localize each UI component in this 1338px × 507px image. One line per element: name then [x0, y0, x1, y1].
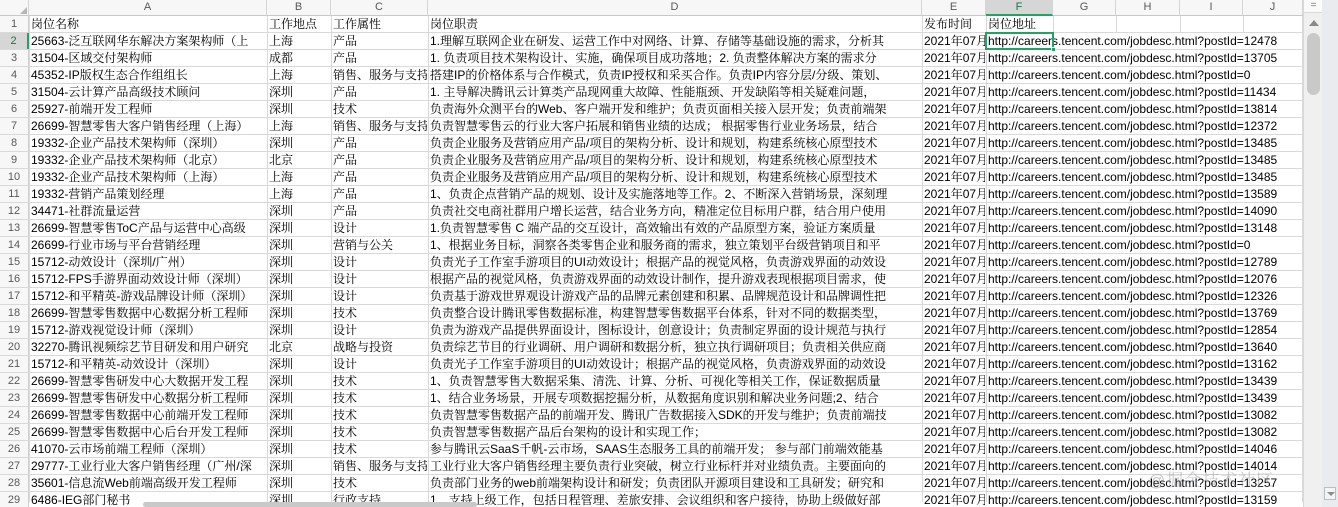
cell-D4[interactable]: 搭建IP的价格体系与合作模式，负责IP授权和采买合作。负责IP内容分层/分级、策… [430, 67, 921, 83]
triangle-down-icon [1327, 492, 1335, 496]
cell-C1[interactable]: 工作属性 [333, 16, 427, 32]
cell-A23[interactable]: 26699-智慧零售研发中心数据分析工程师 [31, 390, 266, 406]
cell-D11[interactable]: 1、负责企点营销产品的规划、设计及实施落地等工作。2、不断深入营销场景，深刻理 [430, 186, 921, 202]
cell-E27[interactable]: 2021年07月 [924, 458, 985, 474]
cell-E1[interactable]: 发布时间 [924, 16, 985, 32]
cell-A21[interactable]: 15712-和平精英-动效设计（深圳） [31, 356, 266, 372]
column-header-E[interactable]: E [922, 0, 986, 16]
cell-D21[interactable]: 负责光子工作室手游项目的UI动效设计；根据产品的视觉风格，负责游戏界面的动效设 [430, 356, 921, 372]
cell-D24[interactable]: 负责智慧零售数据产品的前端开发、腾讯广告数据接入SDK的开发与维护；负责前端技 [430, 407, 921, 423]
cell-C13[interactable]: 设计 [333, 220, 427, 236]
scroll-down-button[interactable] [1324, 487, 1336, 500]
cell-D25[interactable]: 负责智慧零售数据产品后台架构的设计和实现工作； [430, 424, 921, 440]
row-header-1[interactable]: 1 [0, 16, 29, 32]
table-row: 225663-泛互联网华东解决方案架构师（上上海产品1.理解互联网企业在研发、运… [0, 33, 1338, 50]
cell-D6[interactable]: 负责海外众测平台的Web、客户端开发和维护；负责页面相关接入层开发；负责前端架 [430, 101, 921, 117]
cell-E8[interactable]: 2021年07月 [924, 135, 985, 151]
table-row: 445352-IP版权生态合作组组长上海销售、服务与支持搭建IP的价格体系与合作… [0, 67, 1338, 84]
row-header-20[interactable]: 20 [0, 339, 29, 355]
cell-E20[interactable]: 2021年07月 [924, 339, 985, 355]
cell-E6[interactable]: 2021年07月 [924, 101, 985, 117]
cell-A7[interactable]: 26699-智慧零售大客户销售经理（上海） [31, 118, 266, 134]
cell-B20[interactable]: 北京 [269, 339, 330, 355]
column-header-H[interactable]: H [1116, 0, 1180, 16]
cell-D23[interactable]: 1、结合业务场景，开展专项数据挖掘分析，从数据角度识别和解决业务问题;2、结合 [430, 390, 921, 406]
cell-B24[interactable]: 深圳 [269, 407, 330, 423]
cell-E7[interactable]: 2021年07月 [924, 118, 985, 134]
table-row: 1915712-游戏视觉设计师（深圳）深圳设计负责为游戏产品提供界面设计，图标设… [0, 322, 1338, 339]
cell-B8[interactable]: 深圳 [269, 135, 330, 151]
cell-F14[interactable]: http://careers.tencent.com/jobdesc.html?… [987, 237, 1251, 253]
cell-F10[interactable]: http://careers.tencent.com/jobdesc.html?… [987, 169, 1278, 185]
cell-B2[interactable]: 上海 [269, 33, 330, 49]
table-row: 2032270-腾讯视频综艺节目研发和用户研究北京战略与投资负责综艺节目的行业调… [0, 339, 1338, 356]
cell-D16[interactable]: 根据产品的视觉风格，负责游戏界面的动效设计制作，提升游戏表现根据项目需求，使 [430, 271, 921, 287]
cell-C11[interactable]: 产品 [333, 186, 427, 202]
cell-C28[interactable]: 技术 [333, 475, 427, 491]
cell-F17[interactable]: http://careers.tencent.com/jobdesc.html?… [987, 288, 1278, 304]
cell-B18[interactable]: 深圳 [269, 305, 330, 321]
cell-F5[interactable]: http://careers.tencent.com/jobdesc.html?… [987, 84, 1277, 100]
cell-C24[interactable]: 技术 [333, 407, 427, 423]
row-header-8[interactable]: 8 [0, 135, 29, 151]
cell-C18[interactable]: 技术 [333, 305, 427, 321]
cell-C21[interactable]: 设计 [333, 356, 427, 372]
cell-E25[interactable]: 2021年07月 [924, 424, 985, 440]
cell-F13[interactable]: http://careers.tencent.com/jobdesc.html?… [987, 220, 1278, 236]
row-header-11[interactable]: 11 [0, 186, 29, 202]
cell-A26[interactable]: 41070-云市场前端工程师（深圳） [31, 441, 266, 457]
cell-A2[interactable]: 25663-泛互联网华东解决方案架构师（上 [31, 33, 266, 49]
cell-C23[interactable]: 技术 [333, 390, 427, 406]
cell-B23[interactable]: 深圳 [269, 390, 330, 406]
cell-D19[interactable]: 负责为游戏产品提供界面设计，图标设计，创意设计；负责制定界面的设计规范与执行 [430, 322, 921, 338]
cell-C5[interactable]: 产品 [333, 84, 427, 100]
table-row: 2426699-智慧零售数据中心前端开发工程师深圳技术负责智慧零售数据产品的前端… [0, 407, 1338, 424]
row-header-10[interactable]: 10 [0, 169, 29, 185]
cell-E16[interactable]: 2021年07月 [924, 271, 985, 287]
cell-B5[interactable]: 深圳 [269, 84, 330, 100]
cell-F16[interactable]: http://careers.tencent.com/jobdesc.html?… [987, 271, 1278, 287]
cell-F1[interactable]: 岗位地址 [987, 16, 1037, 32]
active-cell-selection[interactable] [985, 32, 1054, 50]
cell-F12[interactable]: http://careers.tencent.com/jobdesc.html?… [987, 203, 1278, 219]
row-header-17[interactable]: 17 [0, 288, 29, 304]
cell-E15[interactable]: 2021年07月 [924, 254, 985, 270]
cell-D22[interactable]: 1、负责智慧零售大数据采集、清洗、计算、分析、可视化等相关工作，保证数据质量 [430, 373, 921, 389]
row-header-15[interactable]: 15 [0, 254, 29, 270]
table-row: 1119332-营销产品策划经理上海产品1、负责企点营销产品的规划、设计及实施落… [0, 186, 1338, 203]
cell-D7[interactable]: 负责智慧零售云的行业大客户拓展和销售业绩的达成； 根据零售行业业务场景，结合 [430, 118, 921, 134]
row-header-16[interactable]: 16 [0, 271, 29, 287]
table-row: 531504-云计算产品高级技术顾问深圳产品1. 主导解决腾讯云计算类产品现网重… [0, 84, 1338, 101]
cell-F22[interactable]: http://careers.tencent.com/jobdesc.html?… [987, 373, 1278, 389]
cell-D10[interactable]: 负责企业服务及营销应用产品/项目的架构分析、设计和规划，构建系统核心原型技术 [430, 169, 921, 185]
vertical-scrollbar-thumb[interactable] [1307, 33, 1320, 95]
cell-F19[interactable]: http://careers.tencent.com/jobdesc.html?… [987, 322, 1278, 338]
cell-B27[interactable]: 深圳 [269, 458, 330, 474]
cell-E19[interactable]: 2021年07月 [924, 322, 985, 338]
cell-A5[interactable]: 31504-云计算产品高级技术顾问 [31, 84, 266, 100]
row-header-21[interactable]: 21 [0, 356, 29, 372]
cell-F29[interactable]: http://careers.tencent.com/jobdesc.html?… [987, 492, 1278, 507]
column-header-G[interactable]: G [1053, 0, 1116, 16]
cell-B9[interactable]: 北京 [269, 152, 330, 168]
column-header-row: ABCDEFGHIJ [0, 0, 1303, 16]
cell-C12[interactable]: 产品 [333, 203, 427, 219]
column-header-B[interactable]: B [267, 0, 331, 16]
cell-D15[interactable]: 负责光子工作室手游项目的UI动效设计；根据产品的视觉风格，负责游戏界面的动效设 [430, 254, 921, 270]
cell-B22[interactable]: 深圳 [269, 373, 330, 389]
row-header-13[interactable]: 13 [0, 220, 29, 236]
cell-B4[interactable]: 上海 [269, 67, 330, 83]
cell-A22[interactable]: 26699-智慧零售研发中心大数据开发工程 [31, 373, 266, 389]
cell-D17[interactable]: 负责基于游戏世界观设计游戏产品的品牌元素创建和积累、品牌规范设计和品牌调性把 [430, 288, 921, 304]
cell-B16[interactable]: 深圳 [269, 271, 330, 287]
table-row: 2835601-信息流Web前端高级开发工程师深圳技术负责部门业务的web前端架… [0, 475, 1338, 492]
row-header-14[interactable]: 14 [0, 237, 29, 253]
cell-E11[interactable]: 2021年07月 [924, 186, 985, 202]
split-handle[interactable]: = [1304, 0, 1323, 13]
scroll-up-icon[interactable] [1309, 20, 1319, 26]
cell-B11[interactable]: 上海 [269, 186, 330, 202]
cell-B14[interactable]: 深圳 [269, 237, 330, 253]
cell-A28[interactable]: 35601-信息流Web前端高级开发工程师 [31, 475, 266, 491]
cell-E13[interactable]: 2021年07月 [924, 220, 985, 236]
cell-C25[interactable]: 技术 [333, 424, 427, 440]
cell-D28[interactable]: 负责部门业务的web前端架构设计和研发；负责团队开源项目建设和工具研发；研究和 [430, 475, 921, 491]
cell-A20[interactable]: 32270-腾讯视频综艺节目研发和用户研究 [31, 339, 266, 355]
cell-C16[interactable]: 设计 [333, 271, 427, 287]
cell-C10[interactable]: 产品 [333, 169, 427, 185]
cell-A12[interactable]: 34471-社群流量运营 [31, 203, 266, 219]
right-edge-panel [1322, 0, 1338, 507]
cell-F6[interactable]: http://careers.tencent.com/jobdesc.html?… [987, 101, 1278, 117]
table-row: 625927-前端开发工程师深圳技术负责海外众测平台的Web、客户端开发和维护；… [0, 101, 1338, 118]
column-header-D[interactable]: D [428, 0, 922, 16]
cell-E22[interactable]: 2021年07月 [924, 373, 985, 389]
cell-A8[interactable]: 19332-企业产品技术架构师（深圳） [31, 135, 266, 151]
table-row: 919332-企业产品技术架构师（北京）北京产品负责企业服务及营销应用产品/项目… [0, 152, 1338, 169]
cell-F9[interactable]: http://careers.tencent.com/jobdesc.html?… [987, 152, 1278, 168]
cell-F4[interactable]: http://careers.tencent.com/jobdesc.html?… [987, 67, 1251, 83]
cell-E28[interactable]: 2021年07月 [924, 475, 985, 491]
cell-B12[interactable]: 深圳 [269, 203, 330, 219]
cell-F23[interactable]: http://careers.tencent.com/jobdesc.html?… [987, 390, 1278, 406]
row-header-26[interactable]: 26 [0, 441, 29, 457]
cell-C26[interactable]: 技术 [333, 441, 427, 457]
cell-E5[interactable]: 2021年07月 [924, 84, 985, 100]
cell-A9[interactable]: 19332-企业产品技术架构师（北京） [31, 152, 266, 168]
cell-C3[interactable]: 产品 [333, 50, 427, 66]
cell-C15[interactable]: 设计 [333, 254, 427, 270]
cell-B15[interactable]: 深圳 [269, 254, 330, 270]
cell-E14[interactable]: 2021年07月 [924, 237, 985, 253]
cell-D14[interactable]: 1、根据业务目标，洞察各类零售企业和服务商的需求，独立策划平台级营销项目和平 [430, 237, 921, 253]
table-row: 1426699-行业市场与平台营销经理深圳营销与公关1、根据业务目标，洞察各类零… [0, 237, 1338, 254]
cell-D3[interactable]: 1. 负责项目技术架构设计、实施，确保项目成功落地；2. 负责整体解决方案的需求… [430, 50, 921, 66]
cell-D5[interactable]: 1. 主导解决腾讯云计算类产品现网重大故障、性能瓶颈、开发缺陷等相关疑难问题， [430, 84, 921, 100]
row-header-23[interactable]: 23 [0, 390, 29, 406]
cell-E9[interactable]: 2021年07月 [924, 152, 985, 168]
select-all-triangle-icon [20, 7, 27, 14]
row-header-3[interactable]: 3 [0, 50, 29, 66]
row-header-7[interactable]: 7 [0, 118, 29, 134]
row-header-18[interactable]: 18 [0, 305, 29, 321]
cell-D27[interactable]: 工业行业大客户销售经理主要负责行业突破，树立行业标杆并对业绩负责。主要面向的 [430, 458, 921, 474]
watermark: @掘金技术社区 [1148, 466, 1274, 491]
cell-A1[interactable]: 岗位名称 [31, 16, 266, 32]
cell-A4[interactable]: 45352-IP版权生态合作组组长 [31, 67, 266, 83]
cell-C6[interactable]: 技术 [333, 101, 427, 117]
cell-A27[interactable]: 29777-工业行业大客户销售经理（广州/深 [31, 458, 266, 474]
column-header-F[interactable]: F [986, 0, 1053, 16]
cell-E12[interactable]: 2021年07月 [924, 203, 985, 219]
cell-B7[interactable]: 上海 [269, 118, 330, 134]
cell-F25[interactable]: http://careers.tencent.com/jobdesc.html?… [987, 424, 1278, 440]
table-row: 1615712-FPS手游界面动效设计师（深圳）深圳设计根据产品的视觉风格，负责… [0, 271, 1338, 288]
table-row: 1019332-企业产品技术架构师（上海）上海产品负责企业服务及营销应用产品/项… [0, 169, 1338, 186]
column-header-A[interactable]: A [29, 0, 267, 16]
cell-B6[interactable]: 深圳 [269, 101, 330, 117]
fill-handle[interactable] [1051, 47, 1056, 52]
cell-A24[interactable]: 26699-智慧零售数据中心前端开发工程师 [31, 407, 266, 423]
cell-E10[interactable]: 2021年07月 [924, 169, 985, 185]
table-row: 2526699-智慧零售数据中心后台开发工程师深圳技术负责智慧零售数据产品后台架… [0, 424, 1338, 441]
cell-A15[interactable]: 15712-动效设计（深圳/广州） [31, 254, 266, 270]
row-header-5[interactable]: 5 [0, 84, 29, 100]
cell-F11[interactable]: http://careers.tencent.com/jobdesc.html?… [987, 186, 1278, 202]
cell-E18[interactable]: 2021年07月 [924, 305, 985, 321]
cell-E3[interactable]: 2021年07月 [924, 50, 985, 66]
table-row: 2226699-智慧零售研发中心大数据开发工程深圳技术1、负责智慧零售大数据采集… [0, 373, 1338, 390]
column-header-I[interactable]: I [1180, 0, 1243, 16]
cell-D12[interactable]: 负责社交电商社群用户增长运营，结合业务方向，精准定位目标用户群，结合用户使用 [430, 203, 921, 219]
cell-A14[interactable]: 26699-行业市场与平台营销经理 [31, 237, 266, 253]
cell-C27[interactable]: 销售、服务与支持 [333, 458, 427, 474]
cell-D18[interactable]: 负责整合设计腾讯零售数据标准，构建智慧零售数据平台体系，针对不同的数据类型， [430, 305, 921, 321]
select-all-corner[interactable] [0, 0, 29, 16]
cell-F7[interactable]: http://careers.tencent.com/jobdesc.html?… [987, 118, 1278, 134]
cell-B17[interactable]: 深圳 [269, 288, 330, 304]
table-row: 1715712-和平精英-游戏品牌设计师（深圳）深圳设计负责基于游戏世界观设计游… [0, 288, 1338, 305]
cell-E29[interactable]: 2021年07月 [924, 492, 985, 507]
vertical-scrollbar[interactable]: = [1303, 0, 1322, 507]
cell-C8[interactable]: 产品 [333, 135, 427, 151]
cell-F26[interactable]: http://careers.tencent.com/jobdesc.html?… [987, 441, 1278, 457]
cell-F15[interactable]: http://careers.tencent.com/jobdesc.html?… [987, 254, 1278, 270]
cell-B28[interactable]: 深圳 [269, 475, 330, 491]
cell-E2[interactable]: 2021年07月 [924, 33, 985, 49]
spreadsheet: ABCDEFGHIJ 1岗位名称工作地点工作属性岗位职责发布时间岗位地址2256… [0, 0, 1338, 507]
table-row: 1326699-智慧零售ToC产品与运营中心高级深圳设计1.负责智慧零售 C 端… [0, 220, 1338, 237]
cell-B19[interactable]: 深圳 [269, 322, 330, 338]
cell-C20[interactable]: 战略与投资 [333, 339, 427, 355]
cell-D20[interactable]: 负责综艺节目的行业调研、用户调研和数据分析，独立执行调研项目；负责相关供应商 [430, 339, 921, 355]
cell-D9[interactable]: 负责企业服务及营销应用产品/项目的架构分析、设计和规划，构建系统核心原型技术 [430, 152, 921, 168]
cell-F21[interactable]: http://careers.tencent.com/jobdesc.html?… [987, 356, 1278, 372]
cell-B21[interactable]: 深圳 [269, 356, 330, 372]
cell-B13[interactable]: 深圳 [269, 220, 330, 236]
cell-B3[interactable]: 成都 [269, 50, 330, 66]
cell-B10[interactable]: 上海 [269, 169, 330, 185]
column-header-J[interactable]: J [1243, 0, 1303, 16]
cell-D26[interactable]: 参与腾讯云SaaS千帆-云市场，SAAS生态服务工具的前端开发； 参与部门前端效… [430, 441, 921, 457]
cell-A25[interactable]: 26699-智慧零售数据中心后台开发工程师 [31, 424, 266, 440]
row-header-9[interactable]: 9 [0, 152, 29, 168]
cell-B26[interactable]: 深圳 [269, 441, 330, 457]
cell-C17[interactable]: 设计 [333, 288, 427, 304]
table-row: 1515712-动效设计（深圳/广州）深圳设计负责光子工作室手游项目的UI动效设… [0, 254, 1338, 271]
cell-A13[interactable]: 26699-智慧零售ToC产品与运营中心高级 [31, 220, 266, 236]
horizontal-scrollbar-thumb[interactable] [143, 502, 477, 507]
cell-E24[interactable]: 2021年07月 [924, 407, 985, 423]
cell-D1[interactable]: 岗位职责 [430, 16, 921, 32]
cell-F24[interactable]: http://careers.tencent.com/jobdesc.html?… [987, 407, 1278, 423]
cell-F20[interactable]: http://careers.tencent.com/jobdesc.html?… [987, 339, 1278, 355]
table-row: 726699-智慧零售大客户销售经理（上海）上海销售、服务与支持负责智慧零售云的… [0, 118, 1338, 135]
cell-C9[interactable]: 产品 [333, 152, 427, 168]
cell-E23[interactable]: 2021年07月 [924, 390, 985, 406]
cell-D2[interactable]: 1.理解互联网企业在研发、运营工作中对网络、计算、存储等基础设施的需求，分析其 [430, 33, 921, 49]
cell-A11[interactable]: 19332-营销产品策划经理 [31, 186, 266, 202]
cell-E26[interactable]: 2021年07月 [924, 441, 985, 457]
row-header-25[interactable]: 25 [0, 424, 29, 440]
cell-B25[interactable]: 深圳 [269, 424, 330, 440]
cell-C19[interactable]: 设计 [333, 322, 427, 338]
cell-A16[interactable]: 15712-FPS手游界面动效设计师（深圳） [31, 271, 266, 287]
table-row: 819332-企业产品技术架构师（深圳）深圳产品负责企业服务及营销应用产品/项目… [0, 135, 1338, 152]
row-header-2[interactable]: 2 [0, 33, 29, 49]
cell-F18[interactable]: http://careers.tencent.com/jobdesc.html?… [987, 305, 1278, 321]
cell-A3[interactable]: 31504-区域交付架构师 [31, 50, 266, 66]
table-row: 1234471-社群流量运营深圳产品负责社交电商社群用户增长运营，结合业务方向，… [0, 203, 1338, 220]
row-header-4[interactable]: 4 [0, 67, 29, 83]
cell-A17[interactable]: 15712-和平精英-游戏品牌设计师（深圳） [31, 288, 266, 304]
table-row: 2729777-工业行业大客户销售经理（广州/深深圳销售、服务与支持工业行业大客… [0, 458, 1338, 475]
cell-C14[interactable]: 营销与公关 [333, 237, 427, 253]
cell-D29[interactable]: 1、支持上级工作，包括日程管理、差旅安排、会议组织和客户接待，协助上级做好部 [430, 492, 921, 507]
row-header-22[interactable]: 22 [0, 373, 29, 389]
cell-C4[interactable]: 销售、服务与支持 [333, 67, 427, 83]
cell-A19[interactable]: 15712-游戏视觉设计师（深圳） [31, 322, 266, 338]
cell-D13[interactable]: 1.负责智慧零售 C 端产品的交互设计，高效输出有效的产品原型方案，验证方案质量 [430, 220, 921, 236]
sheet-grid: 1岗位名称工作地点工作属性岗位职责发布时间岗位地址225663-泛互联网华东解决… [0, 16, 1338, 507]
cell-C22[interactable]: 技术 [333, 373, 427, 389]
row-header-24[interactable]: 24 [0, 407, 29, 423]
table-row: 2326699-智慧零售研发中心数据分析工程师深圳技术1、结合业务场景，开展专项… [0, 390, 1338, 407]
cell-C2[interactable]: 产品 [333, 33, 427, 49]
cell-E17[interactable]: 2021年07月 [924, 288, 985, 304]
cell-C7[interactable]: 销售、服务与支持 [333, 118, 427, 134]
column-header-C[interactable]: C [331, 0, 428, 16]
cell-B1[interactable]: 工作地点 [269, 16, 330, 32]
cell-F8[interactable]: http://careers.tencent.com/jobdesc.html?… [987, 135, 1278, 151]
cell-E21[interactable]: 2021年07月 [924, 356, 985, 372]
cell-A18[interactable]: 26699-智慧零售数据中心数据分析工程师 [31, 305, 266, 321]
row-header-29[interactable]: 29 [0, 492, 29, 507]
table-row: 331504-区域交付架构师成都产品1. 负责项目技术架构设计、实施，确保项目成… [0, 50, 1338, 67]
row-header-28[interactable]: 28 [0, 475, 29, 491]
table-row: 1岗位名称工作地点工作属性岗位职责发布时间岗位地址 [0, 16, 1338, 33]
row-header-6[interactable]: 6 [0, 101, 29, 117]
cell-F3[interactable]: http://careers.tencent.com/jobdesc.html?… [987, 50, 1278, 66]
cell-A6[interactable]: 25927-前端开发工程师 [31, 101, 266, 117]
row-header-27[interactable]: 27 [0, 458, 29, 474]
table-row: 1826699-智慧零售数据中心数据分析工程师深圳技术负责整合设计腾讯零售数据标… [0, 305, 1338, 322]
cell-A10[interactable]: 19332-企业产品技术架构师（上海） [31, 169, 266, 185]
table-row: 2115712-和平精英-动效设计（深圳）深圳设计负责光子工作室手游项目的UI动… [0, 356, 1338, 373]
row-header-19[interactable]: 19 [0, 322, 29, 338]
row-header-12[interactable]: 12 [0, 203, 29, 219]
cell-D8[interactable]: 负责企业服务及营销应用产品/项目的架构分析、设计和规划，构建系统核心原型技术 [430, 135, 921, 151]
table-row: 2641070-云市场前端工程师（深圳）深圳技术参与腾讯云SaaS千帆-云市场，… [0, 441, 1338, 458]
cell-E4[interactable]: 2021年07月 [924, 67, 985, 83]
